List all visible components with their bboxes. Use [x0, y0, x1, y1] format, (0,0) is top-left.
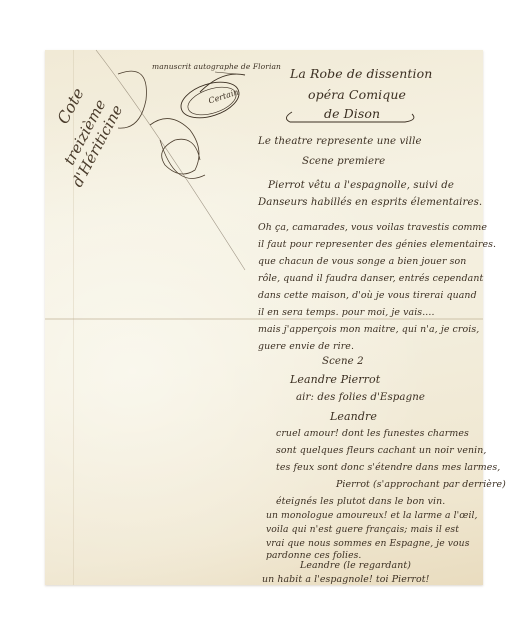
title-line-2: opéra Comique [308, 87, 406, 102]
title-line-3: de Dison [324, 106, 380, 121]
line-text: voila qui n'est guere français; mais il … [266, 524, 459, 535]
line-scene-1: Scene premiere [302, 156, 385, 167]
line-speaker-direction: Leandre (le regardant) [300, 560, 411, 571]
line-text: un habit a l'espagnole! toi Pierrot! [262, 574, 430, 585]
line-text: Danseurs habillés en esprits élementaire… [258, 197, 482, 208]
line-text: Oh ça, camarades, vous voilas travestis … [258, 222, 487, 233]
line-characters: Leandre Pierrot [290, 373, 380, 386]
title-line-1: La Robe de dissention [290, 66, 432, 81]
line-text: il faut pour representer des génies elem… [258, 239, 496, 250]
line-text: mais j'apperçois mon maitre, qui n'a, je… [258, 324, 479, 335]
header-note: manuscrit autographe de Florian [152, 62, 281, 71]
line-text: rôle, quand il faudra danser, entrés cep… [258, 273, 483, 284]
line-text: un monologue amoureux! et la larme a l'œ… [266, 510, 478, 521]
line-verse: cruel amour! dont les funestes charmes [276, 428, 469, 439]
line-scene-2: Scene 2 [322, 356, 364, 367]
line-text: dans cette maison, d'où je vous tirerai … [258, 290, 477, 301]
line-verse: éteignés les plutot dans le bon vin. [276, 496, 445, 507]
line-text: guere envie de rire. [258, 341, 354, 352]
line-verse: sont quelques fleurs cachant un noir ven… [276, 445, 486, 456]
line-speaker: Leandre [330, 410, 377, 423]
line-text: vrai que nous sommes en Espagne, je vous [266, 538, 470, 549]
line-stage-direction: Le theatre represente une ville [258, 136, 422, 147]
line-text: Pierrot vêtu a l'espagnolle, suivi de [268, 180, 454, 191]
line-verse: tes feux sont donc s'étendre dans mes la… [276, 462, 500, 473]
line-text: que chacun de vous songe a bien jouer so… [258, 256, 466, 267]
line-text: il en sera temps. pour moi, je vais.... [258, 307, 435, 318]
line-speaker-direction: Pierrot (s'approchant par derrière) [336, 479, 506, 490]
line-air: air: des folies d'Espagne [296, 392, 425, 403]
